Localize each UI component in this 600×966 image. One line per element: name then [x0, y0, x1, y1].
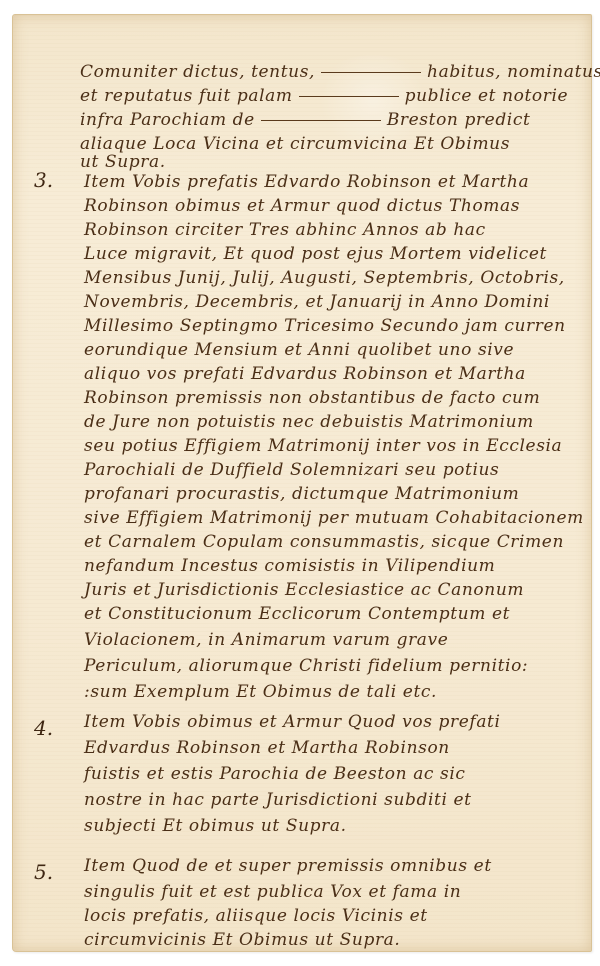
paragraph-number: 4. [34, 716, 53, 740]
manuscript-line: Millesimo Septingmo Tricesimo Secundo ja… [84, 316, 566, 336]
manuscript-line: Periculum, aliorumque Christi fidelium p… [84, 656, 528, 676]
manuscript-line: Violacionem, in Animarum varum grave [84, 630, 448, 650]
manuscript-line: aliaque Loca Vicina et circumvicina Et O… [80, 134, 510, 154]
manuscript-line: Comuniter dictus, tentus,habitus, nomina… [80, 62, 600, 82]
manuscript-line: Robinson premissis non obstantibus de fa… [84, 388, 540, 408]
manuscript-line: Parochiali de Duffield Solemnizari seu p… [84, 460, 499, 480]
manuscript-line: singulis fuit et est publica Vox et fama… [84, 882, 461, 902]
manuscript-line: infra Parochiam deBreston predict [80, 110, 530, 130]
manuscript-line: Item Quod de et super premissis omnibus … [84, 856, 492, 876]
manuscript-line: Novembris, Decembris, et Januarij in Ann… [84, 292, 550, 312]
manuscript-line: circumvicinis Et Obimus ut Supra. [84, 930, 400, 950]
manuscript-line: Edvardus Robinson et Martha Robinson [84, 738, 450, 758]
manuscript-line: sive Effigiem Matrimonij per mutuam Coha… [84, 508, 584, 528]
manuscript-line: et Carnalem Copulam consummastis, sicque… [84, 532, 564, 552]
manuscript-line: Luce migravit, Et quod post ejus Mortem … [84, 244, 547, 264]
manuscript-line: nostre in hac parte Jurisdictioni subdit… [84, 790, 472, 810]
manuscript-line: Item Vobis obimus et Armur Quod vos pref… [84, 712, 501, 732]
manuscript-line: aliquo vos prefati Edvardus Robinson et … [84, 364, 526, 384]
manuscript-line: :sum Exemplum Et Obimus de tali etc. [84, 682, 437, 702]
manuscript-line: Robinson obimus et Armur quod dictus Tho… [84, 196, 520, 216]
manuscript-line: eorundique Mensium et Anni quolibet uno … [84, 340, 514, 360]
manuscript-line: nefandum Incestus comisistis in Vilipend… [84, 556, 495, 576]
manuscript-line: de Jure non potuistis nec debuistis Matr… [84, 412, 534, 432]
manuscript-line: subjecti Et obimus ut Supra. [84, 816, 347, 836]
manuscript-line: ut Supra. [80, 152, 166, 172]
paragraph-number: 5. [34, 860, 53, 884]
manuscript-line: seu potius Effigiem Matrimonij inter vos… [84, 436, 562, 456]
manuscript-line: Item Vobis prefatis Edvardo Robinson et … [84, 172, 529, 192]
manuscript-line: locis prefatis, aliisque locis Vicinis e… [84, 906, 428, 926]
manuscript-line: et Constitucionum Ecclicorum Contemptum … [84, 604, 510, 624]
manuscript-line: Mensibus Junij, Julij, Augusti, Septembr… [84, 268, 565, 288]
manuscript-line: fuistis et estis Parochia de Beeston ac … [84, 764, 466, 784]
manuscript-line: profanari procurastis, dictumque Matrimo… [84, 484, 519, 504]
manuscript-line: et reputatus fuit palampublice et notori… [80, 86, 568, 106]
manuscript-line: Juris et Jurisdictionis Ecclesiastice ac… [84, 580, 524, 600]
paragraph-number: 3. [34, 168, 53, 192]
manuscript-line: Robinson circiter Tres abhinc Annos ab h… [84, 220, 486, 240]
